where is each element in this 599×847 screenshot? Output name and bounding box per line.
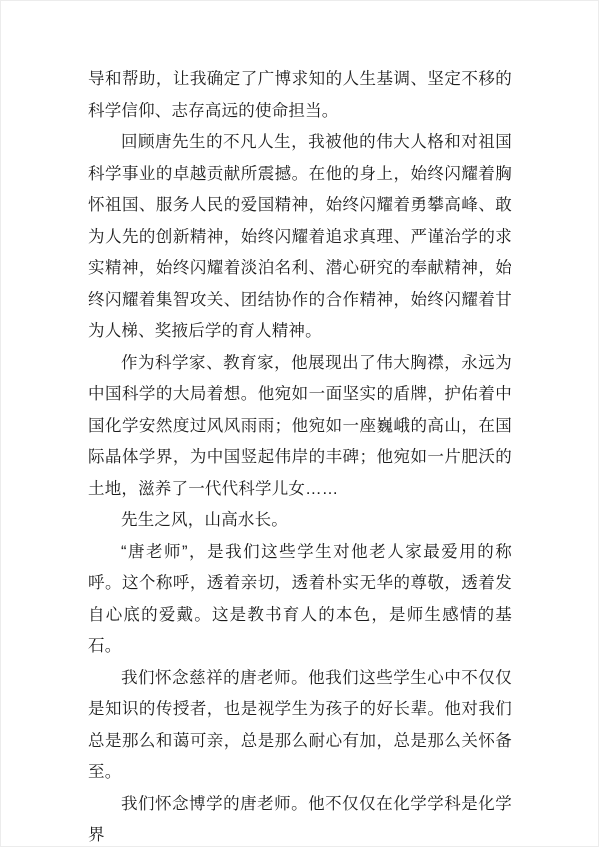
- paragraph: 我们怀念博学的唐老师。他不仅仅在化学学科是化学界: [88, 789, 512, 847]
- paragraph: 作为科学家、教育家，他展现出了伟大胸襟，永远为中国科学的大局着想。他宛如一面坚实…: [88, 348, 512, 506]
- document-body: 导和帮助，让我确定了广博求知的人生基调、坚定不移的科学信仰、志存高远的使命担当。…: [1, 1, 598, 847]
- paragraph: 我们怀念慈祥的唐老师。他我们这些学生心中不仅仅是知识的传授者，也是视学生为孩子的…: [88, 663, 512, 789]
- paragraph: 导和帮助，让我确定了广博求知的人生基调、坚定不移的科学信仰、志存高远的使命担当。: [88, 64, 512, 127]
- paragraph: 先生之风，山高水长。: [88, 505, 512, 537]
- paragraph: “唐老师”，是我们这些学生对他老人家最爱用的称呼。这个称呼，透着亲切，透着朴实无…: [88, 537, 512, 663]
- document-page: 导和帮助，让我确定了广博求知的人生基调、坚定不移的科学信仰、志存高远的使命担当。…: [0, 0, 599, 847]
- paragraph: 回顾唐先生的不凡人生，我被他的伟大人格和对祖国科学事业的卓越贡献所震撼。在他的身…: [88, 127, 512, 348]
